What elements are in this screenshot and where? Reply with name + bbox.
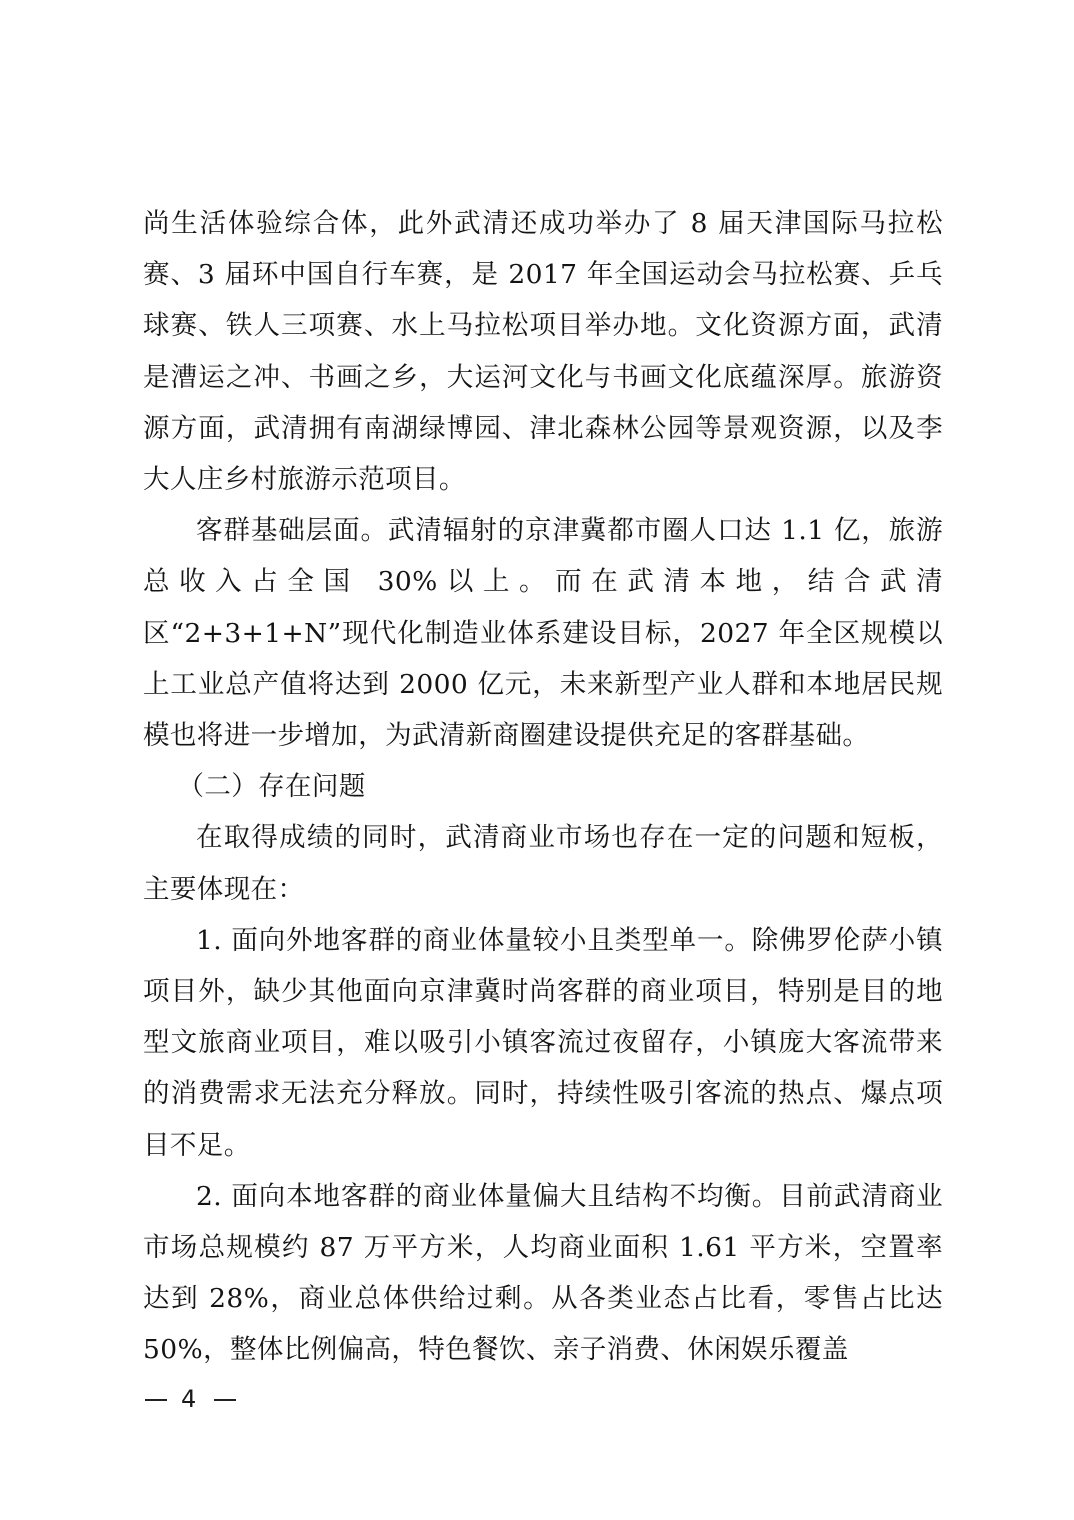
paragraph-problems-intro: 在取得成绩的同时，武清商业市场也存在一定的问题和短板，主要体现在： [143,812,943,914]
section-heading-problems: （二）存在问题 [143,761,943,812]
paragraph-problem-2: 2. 面向本地客群的商业体量偏大且结构不均衡。目前武清商业市场总规模约 87 万… [143,1171,943,1376]
page-number-dash-left [145,1399,167,1401]
paragraph-problem-1: 1. 面向外地客群的商业体量较小且类型单一。除佛罗伦萨小镇项目外，缺少其他面向京… [143,915,943,1171]
page-number: 4 [143,1384,238,1414]
page-number-value: 4 [181,1384,200,1414]
paragraph-sports-culture-tourism: 尚生活体验综合体，此外武清还成功举办了 8 届天津国际马拉松赛、3 届环中国自行… [143,198,943,505]
document-page: 尚生活体验综合体，此外武清还成功举办了 8 届天津国际马拉松赛、3 届环中国自行… [143,198,943,1376]
paragraph-customer-base: 客群基础层面。武清辐射的京津冀都市圈人口达 1.1 亿，旅游总收入占全国 30%… [143,505,943,761]
page-number-dash-right [214,1399,236,1401]
